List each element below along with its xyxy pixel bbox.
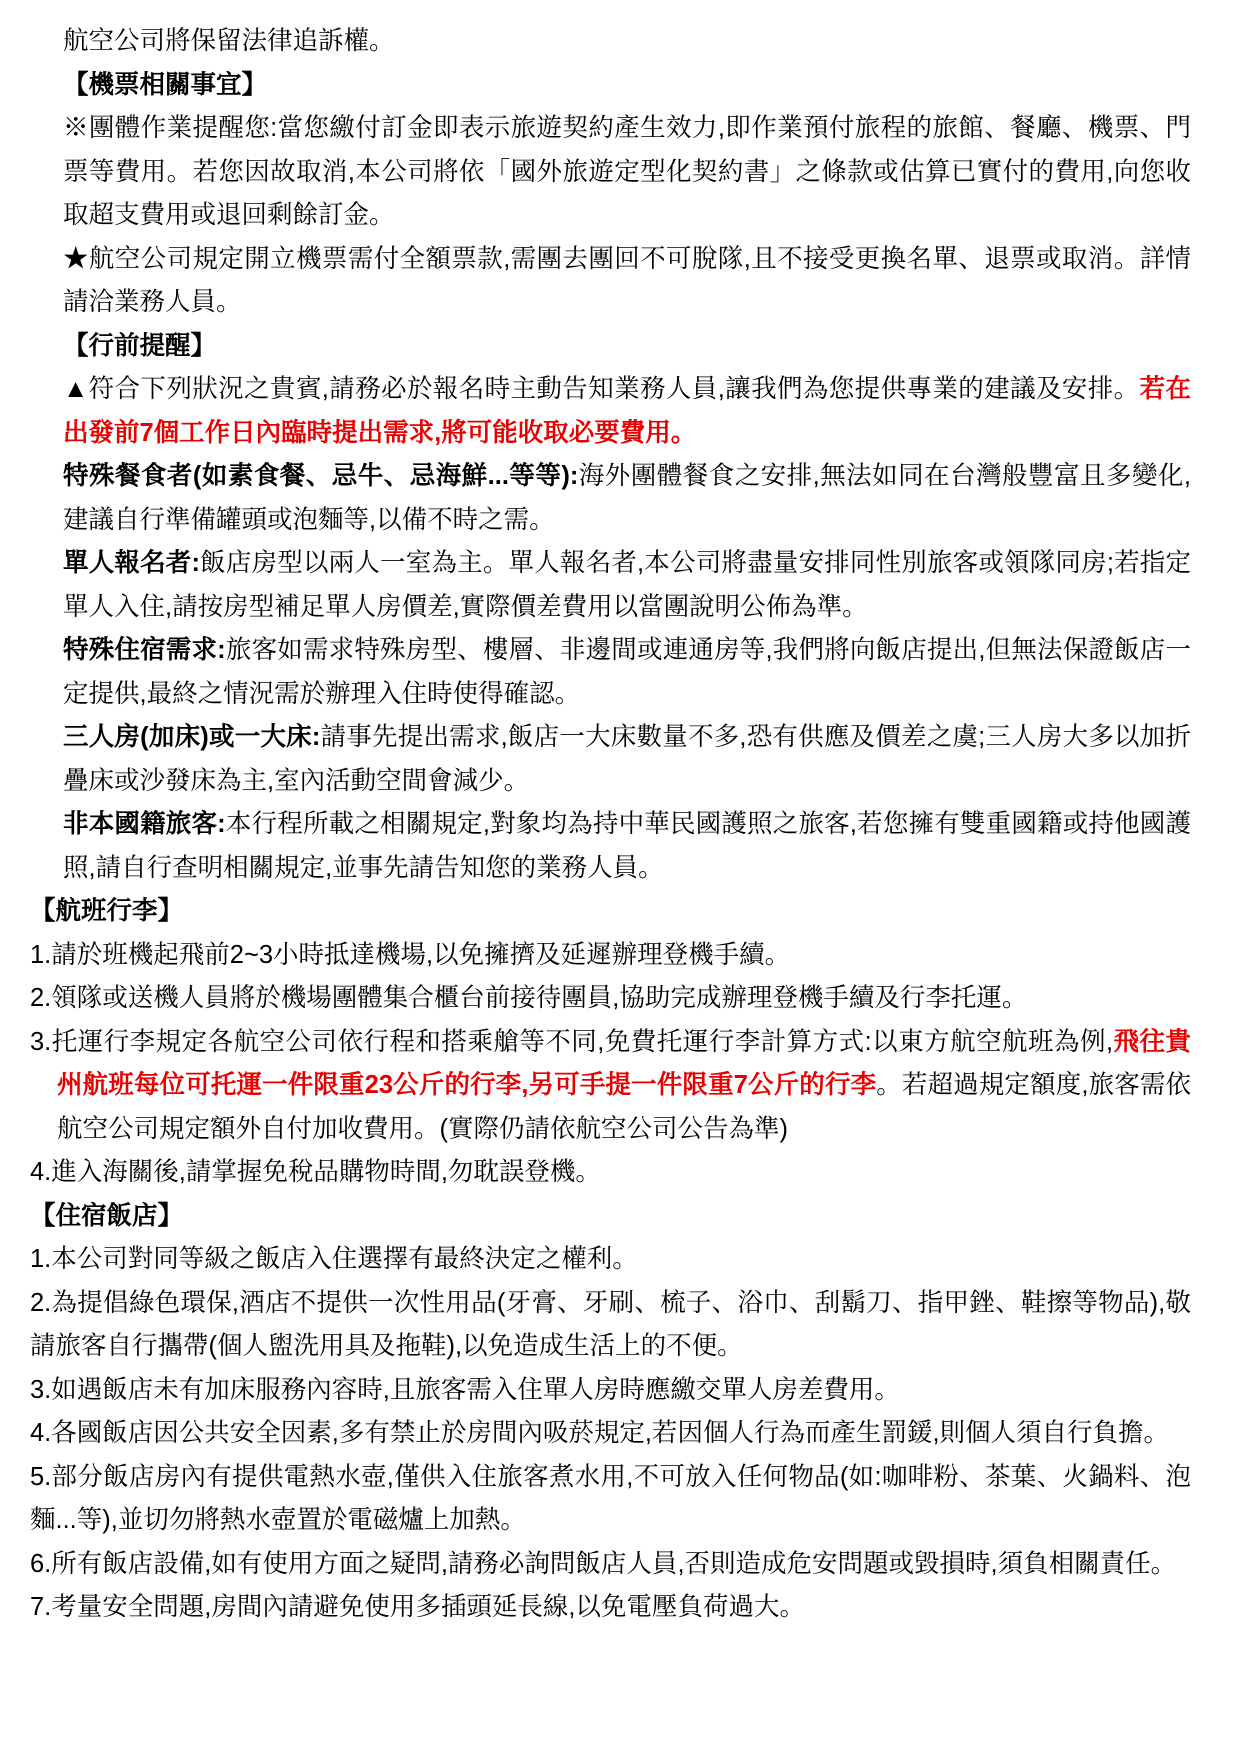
- flight-item-4: 4.進入海關後,請掌握免稅品購物時間,勿耽誤登機。: [30, 1151, 1191, 1195]
- section-heading-flight-luggage: 【航班行李】: [30, 890, 1191, 934]
- section-heading-flight-luggage-run-0: 【航班行李】: [30, 897, 183, 925]
- section-heading-hotel-run-0: 【住宿飯店】: [30, 1202, 183, 1230]
- hotel-item-3-run-0: 3.如遇飯店未有加床服務內容時,且旅客需入住單人房時應繳交單人房差費用。: [30, 1376, 900, 1404]
- hotel-item-5: 5.部分飯店房內有提供電熱水壺,僅供入住旅客煮水用,不可放入任何物品(如:咖啡粉…: [30, 1456, 1191, 1543]
- carryover-line-legal: 航空公司將保留法律追訴權。: [63, 20, 1191, 64]
- hotel-item-1-run-0: 1.本公司對同等級之飯店入住選擇有最終決定之權利。: [30, 1245, 638, 1273]
- special-meal-note: 特殊餐食者(如素食餐、忌牛、忌海鮮...等等):海外團體餐食之安排,無法如同在台…: [63, 455, 1191, 542]
- hotel-item-2-run-0: 2.為提倡綠色環保,酒店不提供一次性用品(牙膏、牙刷、梳子、浴巾、刮鬍刀、指甲銼…: [30, 1289, 1191, 1361]
- section-heading-predeparture: 【行前提醒】: [63, 325, 1191, 369]
- group-deposit-note-run-0: ※團體作業提醒您:當您繳付訂金即表示旅遊契約產生效力,即作業預付旅程的旅館、餐廳…: [63, 114, 1191, 229]
- airline-full-payment-note: ★航空公司規定開立機票需付全額票款,需團去團回不可脫隊,且不接受更換名單、退票或…: [63, 238, 1191, 325]
- single-traveler-note-run-0: 單人報名者:: [63, 549, 200, 577]
- flight-item-1: 1.請於班機起飛前2~3小時抵達機場,以免擁擠及延遲辦理登機手續。: [30, 934, 1191, 978]
- flight-item-4-run-0: 4.進入海關後,請掌握免稅品購物時間,勿耽誤登機。: [30, 1158, 601, 1186]
- flight-item-3: 3.托運行李規定各航空公司依行程和搭乘艙等不同,免費托運行李計算方式:以東方航空…: [30, 1021, 1191, 1152]
- hotel-item-1: 1.本公司對同等級之飯店入住選擇有最終決定之權利。: [30, 1238, 1191, 1282]
- hotel-item-2: 2.為提倡綠色環保,酒店不提供一次性用品(牙膏、牙刷、梳子、浴巾、刮鬍刀、指甲銼…: [30, 1282, 1191, 1369]
- hotel-item-4-run-0: 4.各國飯店因公共安全因素,多有禁止於房間內吸菸規定,若因個人行為而產生罰鍰,則…: [30, 1419, 1169, 1447]
- section-heading-ticket-matters-run-0: 【機票相關事宜】: [63, 71, 267, 99]
- group-deposit-note: ※團體作業提醒您:當您繳付訂金即表示旅遊契約產生效力,即作業預付旅程的旅館、餐廳…: [63, 107, 1191, 238]
- airline-full-payment-note-run-0: ★航空公司規定開立機票需付全額票款,需團去團回不可脫隊,且不接受更換名單、退票或…: [63, 245, 1191, 317]
- hotel-item-7-run-0: 7.考量安全問題,房間內請避免使用多插頭延長線,以免電壓負荷過大。: [30, 1593, 805, 1621]
- carryover-line-legal-run-0: 航空公司將保留法律追訴權。: [63, 27, 395, 55]
- predeparture-notice: ▲符合下列狀況之貴賓,請務必於報名時主動告知業務人員,讓我們為您提供專業的建議及…: [63, 368, 1191, 455]
- section-heading-hotel: 【住宿飯店】: [30, 1195, 1191, 1239]
- hotel-item-6-run-0: 6.所有飯店設備,如有使用方面之疑問,請務必詢問飯店人員,否則造成危安問題或毀損…: [30, 1550, 1176, 1578]
- hotel-item-7: 7.考量安全問題,房間內請避免使用多插頭延長線,以免電壓負荷過大。: [30, 1586, 1191, 1630]
- flight-item-2-run-0: 2.領隊或送機人員將於機場團體集合櫃台前接待團員,協助完成辦理登機手續及行李托運…: [30, 984, 1027, 1012]
- hotel-item-5-run-0: 5.部分飯店房內有提供電熱水壺,僅供入住旅客煮水用,不可放入任何物品(如:咖啡粉…: [30, 1463, 1191, 1535]
- foreign-nationality-note: 非本國籍旅客:本行程所載之相關規定,對象均為持中華民國護照之旅客,若您擁有雙重國…: [63, 803, 1191, 890]
- special-room-request-note-run-0: 特殊住宿需求:: [63, 636, 226, 664]
- flight-item-3-run-0: 3.托運行李規定各航空公司依行程和搭乘艙等不同,免費托運行李計算方式:以東方航空…: [30, 1028, 1113, 1056]
- single-traveler-note: 單人報名者:飯店房型以兩人一室為主。單人報名者,本公司將盡量安排同性別旅客或領隊…: [63, 542, 1191, 629]
- special-room-request-note-run-1: 旅客如需求特殊房型、樓層、非邊間或連通房等,我們將向飯店提出,但無法保證飯店一定…: [63, 636, 1191, 708]
- hotel-item-6: 6.所有飯店設備,如有使用方面之疑問,請務必詢問飯店人員,否則造成危安問題或毀損…: [30, 1543, 1191, 1587]
- foreign-nationality-note-run-0: 非本國籍旅客:: [63, 810, 226, 838]
- foreign-nationality-note-run-1: 本行程所載之相關規定,對象均為持中華民國護照之旅客,若您擁有雙重國籍或持他國護照…: [63, 810, 1191, 882]
- flight-item-1-run-0: 1.請於班機起飛前2~3小時抵達機場,以免擁擠及延遲辦理登機手續。: [30, 941, 790, 969]
- triple-room-note: 三人房(加床)或一大床:請事先提出需求,飯店一大床數量不多,恐有供應及價差之虞;…: [63, 716, 1191, 803]
- section-heading-predeparture-run-0: 【行前提醒】: [63, 332, 216, 360]
- special-meal-note-run-0: 特殊餐食者(如素食餐、忌牛、忌海鮮...等等):: [63, 462, 578, 490]
- triple-room-note-run-0: 三人房(加床)或一大床:: [63, 723, 320, 751]
- section-heading-ticket-matters: 【機票相關事宜】: [63, 64, 1191, 108]
- predeparture-notice-run-0: ▲符合下列狀況之貴賓,請務必於報名時主動告知業務人員,讓我們為您提供專業的建議及…: [63, 375, 1140, 403]
- single-traveler-note-run-1: 飯店房型以兩人一室為主。單人報名者,本公司將盡量安排同性別旅客或領隊同房;若指定…: [63, 549, 1191, 621]
- hotel-item-4: 4.各國飯店因公共安全因素,多有禁止於房間內吸菸規定,若因個人行為而產生罰鍰,則…: [30, 1412, 1191, 1456]
- hotel-item-3: 3.如遇飯店未有加床服務內容時,且旅客需入住單人房時應繳交單人房差費用。: [30, 1369, 1191, 1413]
- special-room-request-note: 特殊住宿需求:旅客如需求特殊房型、樓層、非邊間或連通房等,我們將向飯店提出,但無…: [63, 629, 1191, 716]
- flight-item-2: 2.領隊或送機人員將於機場團體集合櫃台前接待團員,協助完成辦理登機手續及行李托運…: [30, 977, 1191, 1021]
- document-page: 航空公司將保留法律追訴權。【機票相關事宜】※團體作業提醒您:當您繳付訂金即表示旅…: [0, 0, 1241, 1755]
